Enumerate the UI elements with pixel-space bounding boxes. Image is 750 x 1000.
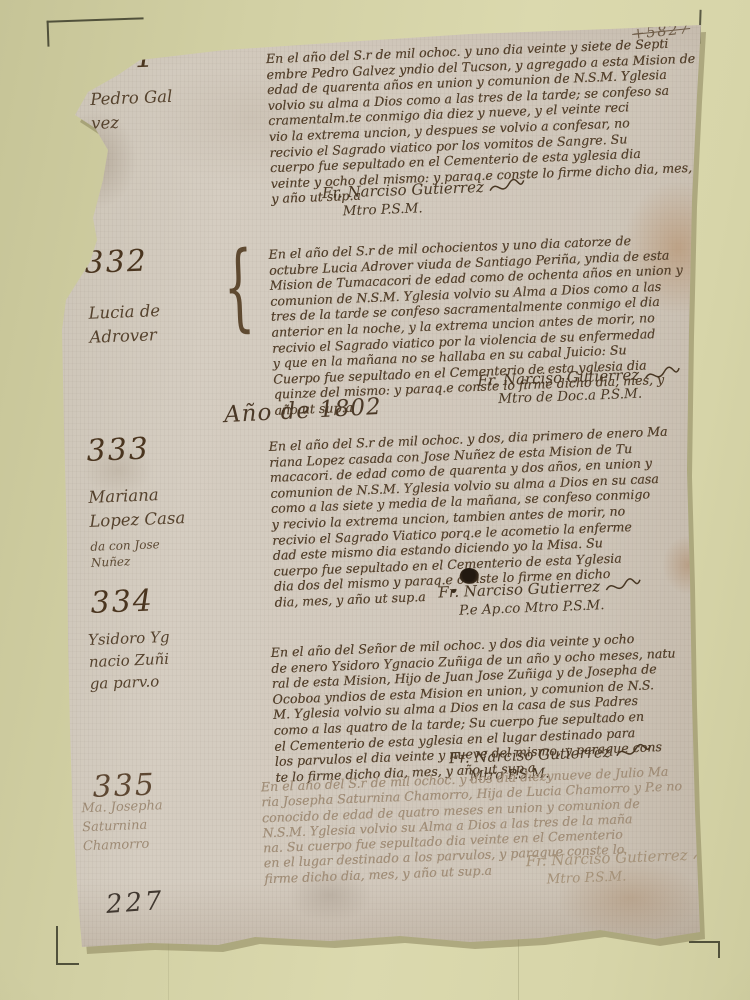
manuscript-page: +5827 331 Pedro Gal vez En el año del S.… bbox=[0, 0, 750, 1000]
entry-margin-name: Ysidoro Yg nacio Zuñi ga parv.o bbox=[88, 627, 172, 695]
entry-margin-name: Mariana Lopez Casa bbox=[88, 482, 186, 533]
page-number: 227 bbox=[105, 886, 166, 920]
signature-rubric-icon bbox=[487, 175, 526, 198]
ink-spot bbox=[451, 589, 456, 593]
entry-number: 333 bbox=[86, 431, 151, 468]
entry-signature: Fr. Narciso Gutierrez Mtro P.S.M. bbox=[322, 175, 527, 220]
signature-name: Fr. Narciso Gutierrez bbox=[525, 846, 687, 870]
entry-margin-name: Ma. Josepha Saturnina Chamorro bbox=[81, 797, 164, 857]
entry-signature: Fr. Narciso Gutierrez Mtro de Doc.a P.S.… bbox=[477, 363, 682, 408]
entry-margin-name: Pedro Gal vez bbox=[90, 85, 174, 136]
register-entry-332: 332 Lucia de Adrover { En el año del S.r… bbox=[82, 222, 704, 440]
photographed-document-scene: +5827 331 Pedro Gal vez En el año del S.… bbox=[0, 0, 750, 1000]
signature-rubric-icon bbox=[643, 363, 682, 386]
signature-name: Fr. Narciso Gutierrez bbox=[322, 178, 484, 202]
entry-margin-note: da con Jose Nuñez bbox=[90, 537, 161, 571]
entry-brace: { bbox=[222, 239, 256, 335]
register-entry-335: 335 Ma. Josepha Saturnina Chamorro En el… bbox=[88, 747, 703, 915]
entry-number: 334 bbox=[90, 583, 155, 620]
entry-margin-name: Lucia de Adrover bbox=[88, 299, 161, 350]
